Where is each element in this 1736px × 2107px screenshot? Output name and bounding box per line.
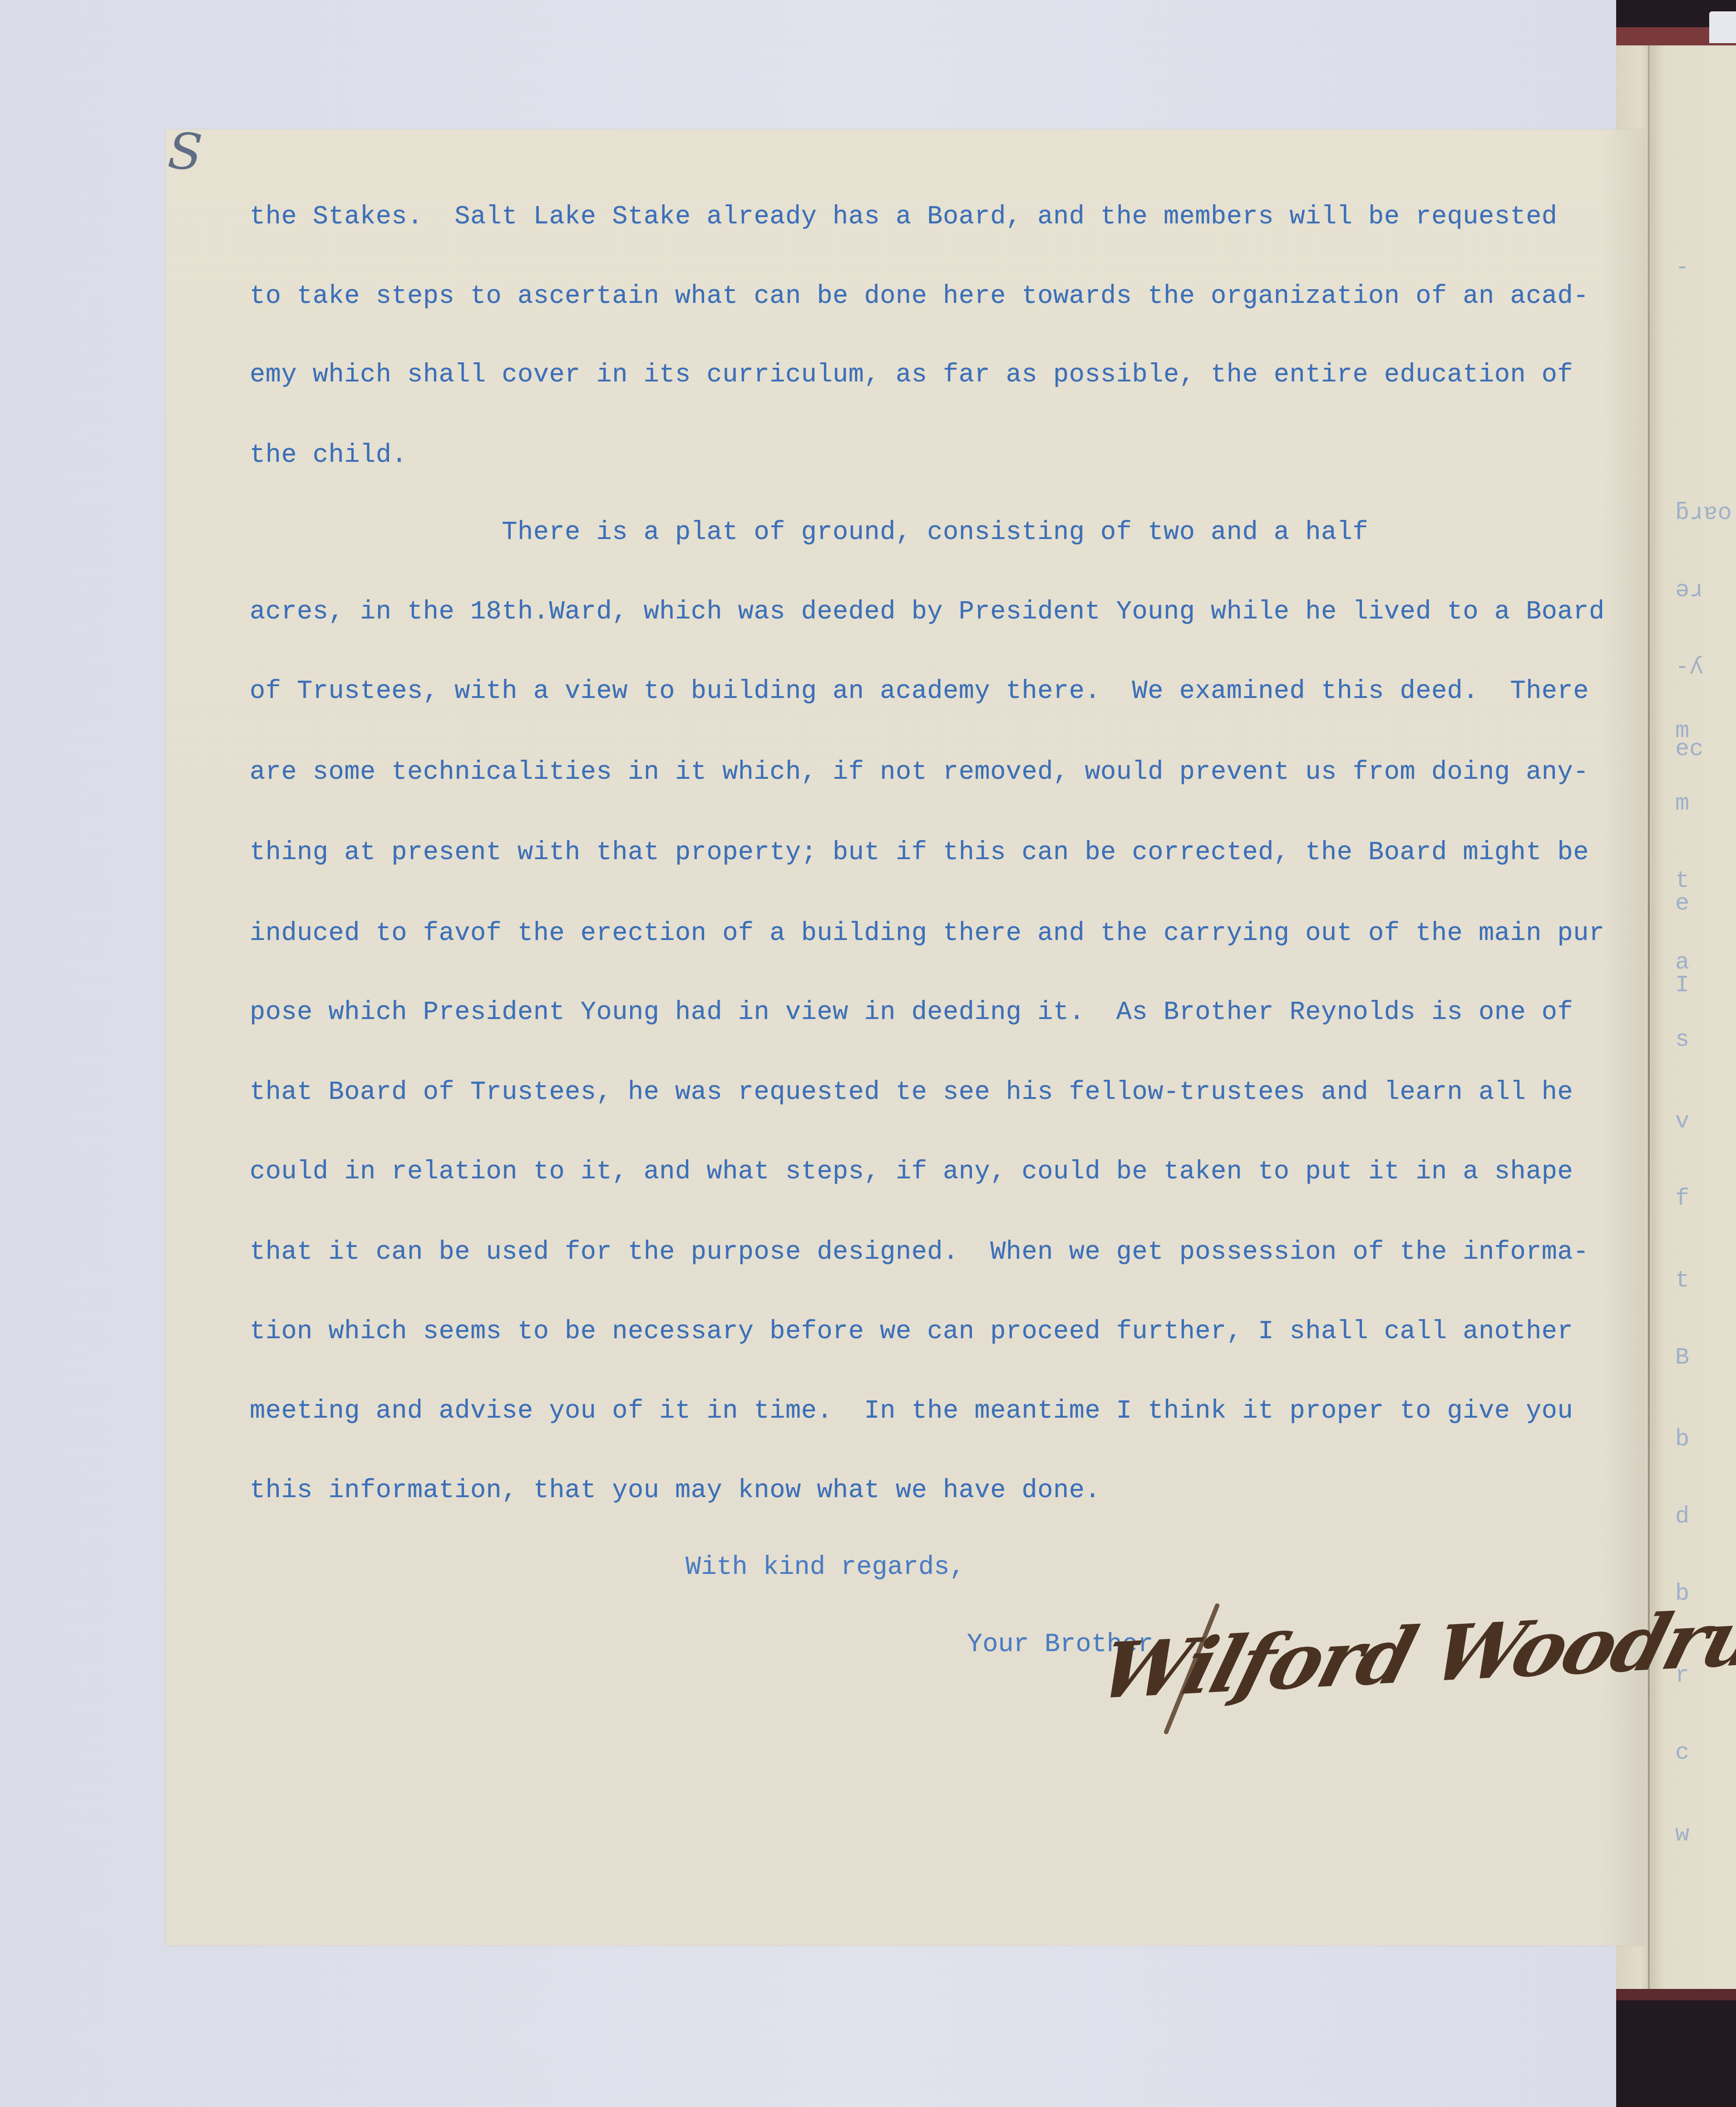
text-line: acres, in the 18th.Ward, which was deede… <box>250 599 1605 625</box>
facing-fragment: I <box>1675 972 1689 999</box>
text-line: emy which shall cover in its curriculum,… <box>250 362 1573 388</box>
text-line: of Trustees, with a view to building an … <box>250 679 1589 705</box>
text-line: are some technicalities in it which, if … <box>250 760 1589 786</box>
text-line: the Stakes. Salt Lake Stake already has … <box>250 204 1558 230</box>
facing-fragment: B <box>1675 1344 1689 1371</box>
text-line: could in relation to it, and what steps,… <box>250 1159 1573 1185</box>
facing-fragment: əɹ <box>1675 577 1703 603</box>
facing-page-text: - ƃɹɐo əɹ -ʎ m ec m t e a I s v f t B b … <box>1675 0 1736 2107</box>
text-line: tion which seems to be necessary before … <box>250 1319 1573 1345</box>
facing-fragment: -ʎ <box>1675 654 1703 681</box>
facing-fragment: m <box>1675 790 1689 817</box>
text-line: meeting and advise you of it in time. In… <box>250 1399 1573 1424</box>
text-line: pose which President Young had in view i… <box>250 1000 1573 1026</box>
text-line: this information, that you may know what… <box>250 1478 1100 1504</box>
facing-fragment: ec <box>1675 736 1703 762</box>
facing-fragment: f <box>1675 1185 1689 1212</box>
page-gutter <box>1648 45 1650 1989</box>
text-line: thing at present with that property; but… <box>250 840 1589 866</box>
text-line: to take steps to ascertain what can be d… <box>250 284 1589 310</box>
facing-fragment: c <box>1675 1739 1689 1766</box>
facing-fragment: w <box>1675 1821 1689 1848</box>
facing-fragment: t <box>1675 1267 1689 1294</box>
text-line: that Board of Trustees, he was requested… <box>250 1080 1573 1106</box>
text-line: the child. <box>250 443 407 469</box>
text-line: induced to favof the erection of a build… <box>250 921 1605 947</box>
facing-fragment: - <box>1675 254 1689 281</box>
facing-fragment: ƃɹɐo <box>1675 500 1732 526</box>
text-line: There is a plat of ground, consisting of… <box>250 520 1368 546</box>
facing-fragment: b <box>1675 1426 1689 1453</box>
facing-fragment: v <box>1675 1108 1689 1135</box>
text-line: that it can be used for the purpose desi… <box>250 1240 1589 1266</box>
closing-line: With kind regards, <box>686 1553 965 1582</box>
facing-fragment: s <box>1675 1026 1689 1053</box>
facing-fragment: e <box>1675 890 1689 917</box>
folio-mark: S <box>166 122 204 182</box>
facing-fragment: d <box>1675 1503 1689 1530</box>
